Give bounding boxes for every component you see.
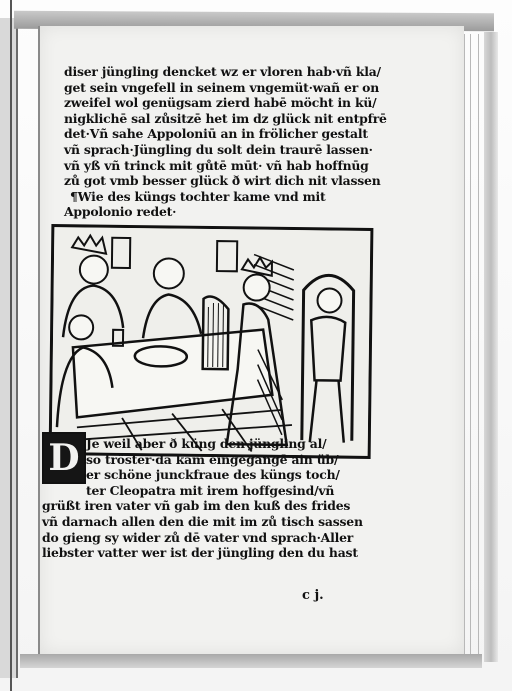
text-line: get sein vngefell in seinem vngemüt·wañ … (64, 80, 374, 96)
text-line: er schöne junckfraue des küngs toch/ (86, 467, 376, 483)
text-line: grüßt iren vater vñ gab im den kuß des f… (42, 498, 376, 514)
text-line: zů got vmb besser glück ð wirt dich nit … (64, 173, 374, 189)
top-paragraph: diser jüngling dencket wz er vloren hab·… (64, 64, 374, 220)
signature-mark: c j. (302, 588, 324, 603)
book-cover-bottom-edge (20, 654, 482, 668)
text-line: ter Cleopatra mit irem hoffgesind/vñ (86, 483, 376, 499)
text-line: vñ darnach allen den die mit im zů tisch… (42, 514, 376, 530)
text-line: liebster vatter wer ist der jüngling den… (42, 545, 376, 561)
book-page: diser jüngling dencket wz er vloren hab·… (38, 26, 464, 654)
text-line: zweifel wol genügsam zierd habē möcht in… (64, 95, 374, 111)
woodcut-illustration (49, 224, 374, 459)
text-line: vñ sprach·Jüngling du solt dein traurē l… (64, 142, 374, 158)
decorated-initial: D (42, 432, 86, 484)
chapter-heading: Appolonio redet· (64, 204, 374, 220)
binding-line (10, 0, 12, 691)
text-line: nigklichē sal zůsitzē het im dz glück ni… (64, 111, 374, 127)
chapter-heading: ¶Wie des küngs tochter kame vnd mit (64, 189, 374, 205)
text-line: do gieng sy wider zů dē vater vnd sprach… (42, 530, 376, 546)
banquet-scene-icon (52, 227, 371, 456)
text-line: vñ yß vñ trinck mit gůtē mūt· vñ hab hof… (64, 158, 374, 174)
text-line: det·Vñ sahe Appoloniū an in frölicher ge… (64, 126, 374, 142)
text-line: diser jüngling dencket wz er vloren hab·… (64, 64, 374, 80)
book-cover-right-edge (484, 32, 498, 662)
text-line: so tröster·da kam eingegangē ain üb/ (86, 452, 376, 468)
bottom-paragraph: Je weil aber ð küng den jüngling al/ so … (86, 436, 376, 561)
text-line: Je weil aber ð küng den jüngling al/ (86, 436, 376, 452)
book-cover-left-edge (0, 18, 18, 678)
